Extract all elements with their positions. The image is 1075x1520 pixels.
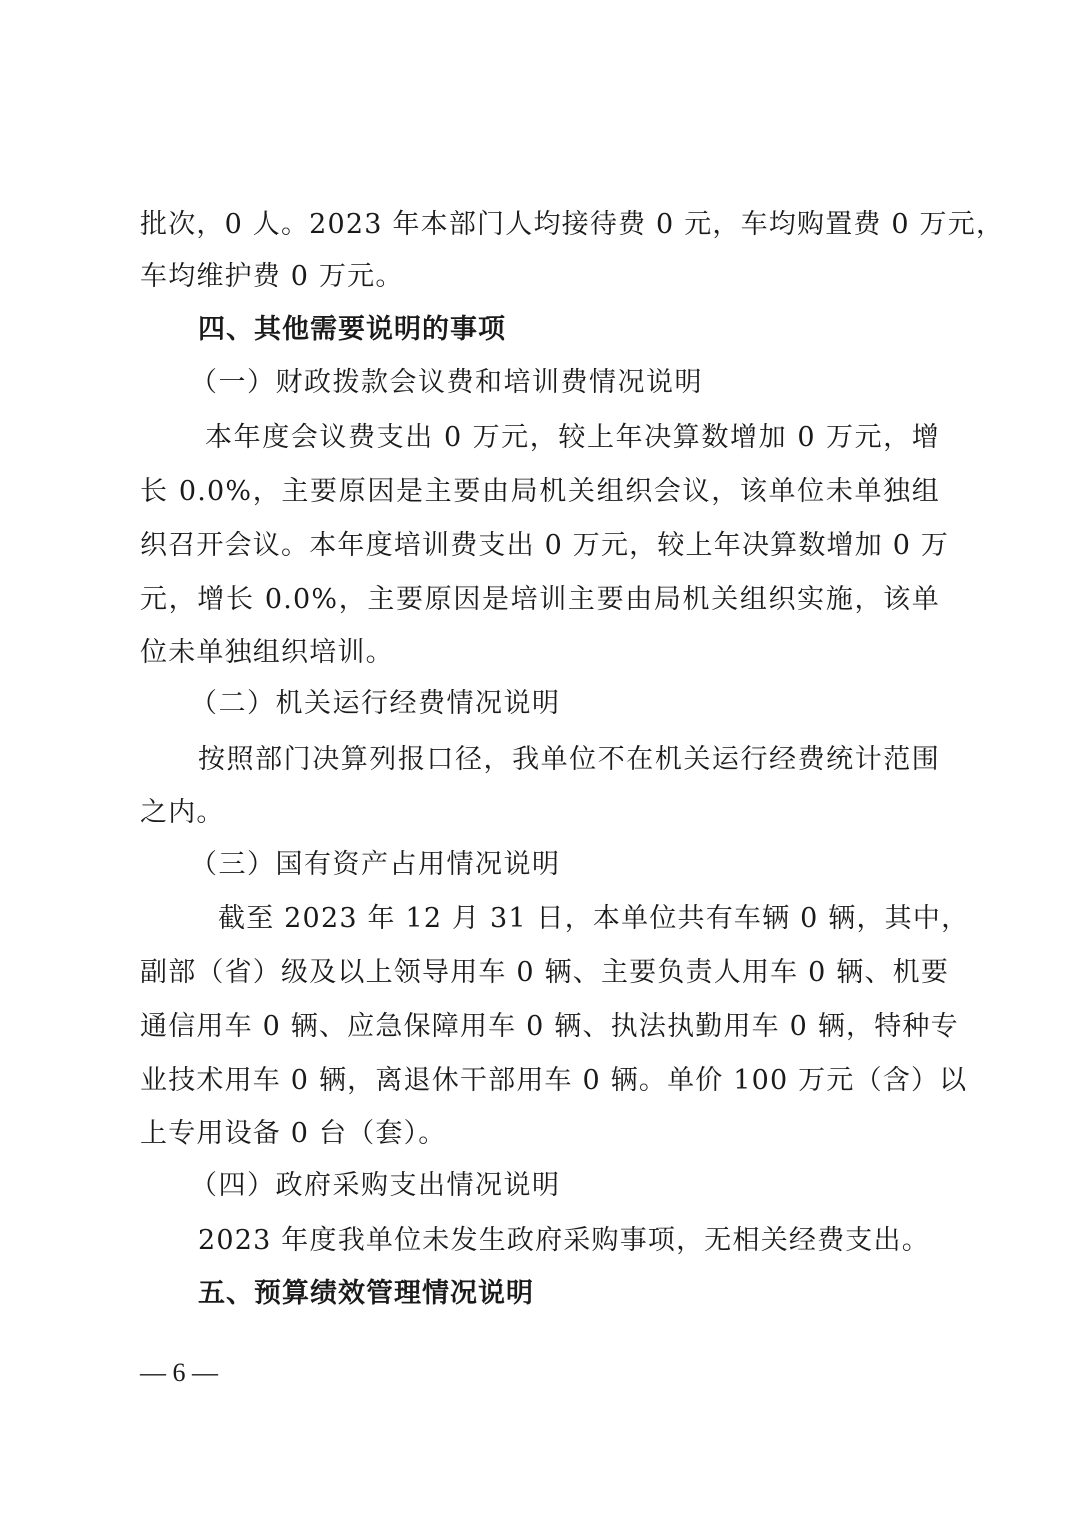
subsection-heading-2: （二）机关运行经费情况说明 [190, 684, 561, 724]
body-line: 批次，0 人。2023 年本部门人均接待费 0 元，车均购置费 0 万元， [140, 205, 940, 245]
subsection-heading-1: （一）财政拨款会议费和培训费情况说明 [190, 363, 703, 403]
body-line: 截至 2023 年 12 月 31 日，本单位共有车辆 0 辆，其中， [218, 899, 940, 939]
body-line: 之内。 [140, 793, 940, 833]
body-line: 业技术用车 0 辆，离退休干部用车 0 辆。单价 100 万元（含）以 [140, 1061, 940, 1101]
page-number: — 6 — [140, 1355, 218, 1391]
document-page: 批次，0 人。2023 年本部门人均接待费 0 元，车均购置费 0 万元， 车均… [0, 0, 1075, 1520]
section-heading-five: 五、预算绩效管理情况说明 [198, 1274, 534, 1314]
body-line: 车均维护费 0 万元。 [140, 257, 940, 297]
body-line: 位未单独组织培训。 [140, 633, 940, 673]
body-line: 本年度会议费支出 0 万元，较上年决算数增加 0 万元，增 [205, 418, 940, 458]
body-line: 上专用设备 0 台（套）。 [140, 1114, 940, 1154]
body-line: 按照部门决算列报口径，我单位不在机关运行经费统计范围 [198, 740, 940, 780]
body-line: 2023 年度我单位未发生政府采购事项，无相关经费支出。 [198, 1221, 930, 1261]
body-line: 长 0.0%，主要原因是主要由局机关组织会议，该单位未单独组 [140, 472, 940, 512]
subsection-heading-3: （三）国有资产占用情况说明 [190, 845, 561, 885]
body-line: 通信用车 0 辆、应急保障用车 0 辆、执法执勤用车 0 辆，特种专 [140, 1007, 940, 1047]
body-line: 副部（省）级及以上领导用车 0 辆、主要负责人用车 0 辆、机要 [140, 953, 940, 993]
section-heading-four: 四、其他需要说明的事项 [198, 310, 506, 350]
body-line: 元，增长 0.0%，主要原因是培训主要由局机关组织实施，该单 [140, 580, 940, 620]
body-line: 织召开会议。本年度培训费支出 0 万元，较上年决算数增加 0 万 [140, 526, 940, 566]
subsection-heading-4: （四）政府采购支出情况说明 [190, 1166, 561, 1206]
